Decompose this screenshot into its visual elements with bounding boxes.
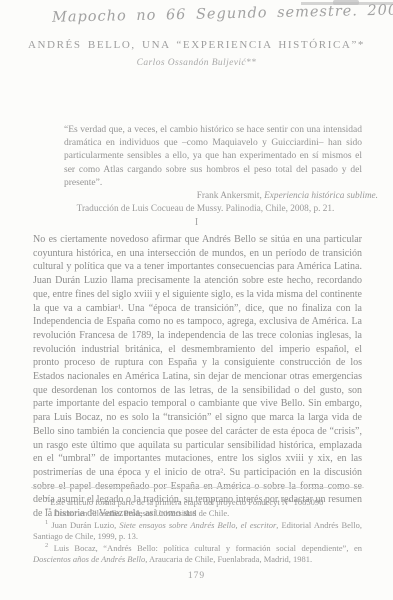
author-name: Carlos Ossandón Buljević** [0, 58, 393, 68]
footnote-work-title: Siete ensayos sobre Andrés Bello, el esc… [119, 520, 276, 530]
footnote: 2 Luis Bocaz, “Andrés Bello: política cu… [33, 543, 362, 566]
handwritten-annotation: Mapocho no 66 Segundo semestre. 2009 [52, 2, 393, 25]
section-numeral: I [0, 217, 393, 228]
attribution-work-title: Experiencia histórica sublime. [264, 191, 378, 201]
page-number: 179 [0, 571, 393, 581]
footnotes-block: * Este artículo forma parte de la primer… [33, 497, 362, 565]
footnote-work-title: Doscientos años de Andrés Bello [33, 554, 145, 564]
epigraph-quote: “Es verdad que, a veces, el cambio histó… [64, 124, 362, 190]
footnote-text: , Araucaria de Chile, Fuenlabrada, Madri… [145, 554, 312, 564]
scanned-page: Mapocho no 66 Segundo semestre. 2009 AND… [0, 0, 393, 600]
footnote: * Este artículo forma parte de la primer… [33, 497, 362, 508]
footnote: 1 Juan Durán Luzio, Siete ensayos sobre … [33, 520, 362, 543]
footnote-text: Juan Durán Luzio, [48, 520, 119, 530]
footnote-text: Este artículo forma parte de la primera … [48, 497, 323, 507]
footnote: ** Doctor en Filosofía. Profesor Univers… [33, 508, 362, 519]
attribution-translation: Traducción de Luis Cocueau de Mussy. Pal… [33, 203, 378, 216]
footnote-text: Luis Bocaz, “Andrés Bello: política cult… [48, 543, 362, 553]
attribution-author: Frank Ankersmit, [197, 191, 264, 201]
body-paragraph: No es ciertamente novedoso afirmar que A… [33, 233, 362, 521]
article-title: ANDRÉS BELLO, UNA “EXPERIENCIA HISTÓRICA… [0, 39, 393, 51]
footnote-text: Doctor en Filosofía. Profesor Universida… [52, 508, 230, 518]
epigraph-attribution: Frank Ankersmit, Experiencia histórica s… [33, 190, 378, 215]
footnote-separator [31, 487, 364, 488]
